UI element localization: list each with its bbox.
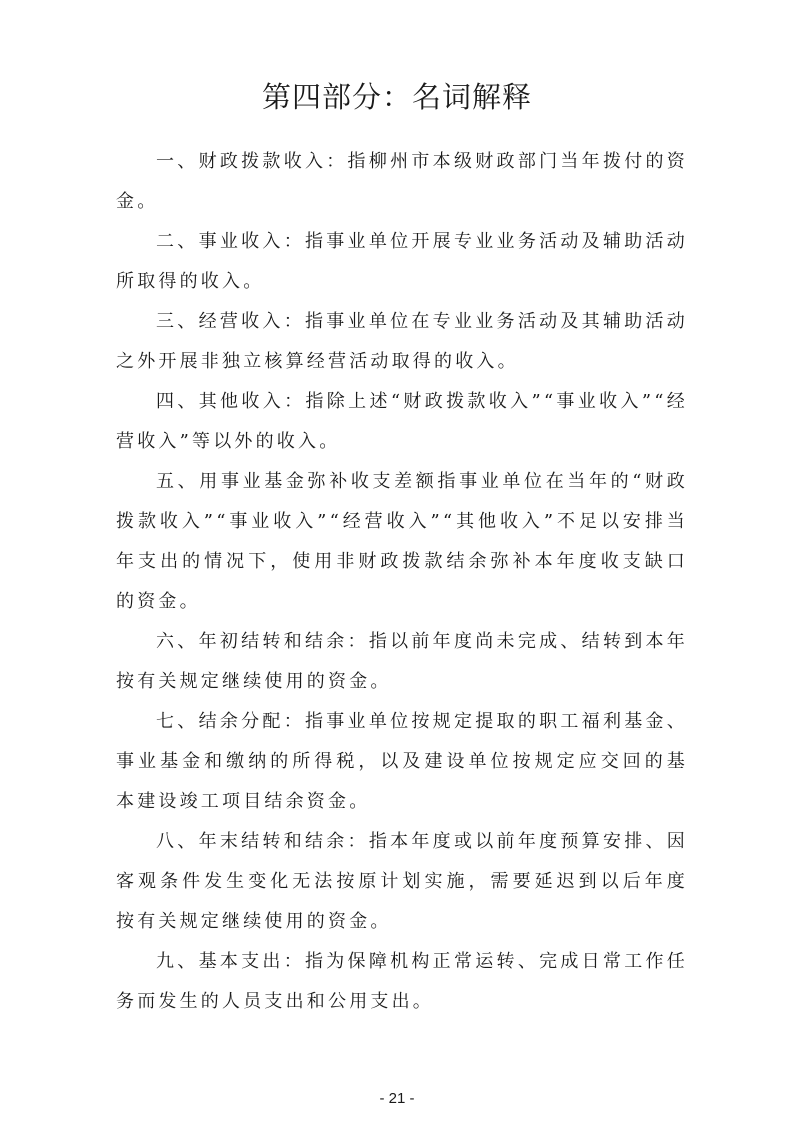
page-title: 第四部分：名词解释 [0,75,794,116]
definition-paragraph-1: 一、财政拨款收入：指柳州市本级财政部门当年拨付的资金。 [116,142,688,222]
definition-paragraph-2: 二、事业收入：指事业单位开展专业业务活动及辅助活动所取得的收入。 [116,222,688,302]
definition-paragraph-9: 九、基本支出：指为保障机构正常运转、完成日常工作任务而发生的人员支出和公用支出。 [116,942,688,1022]
document-body: 一、财政拨款收入：指柳州市本级财政部门当年拨付的资金。 二、事业收入：指事业单位… [116,142,688,1022]
definition-paragraph-8: 八、年末结转和结余：指本年度或以前年度预算安排、因客观条件发生变化无法按原计划实… [116,822,688,942]
definition-paragraph-3: 三、经营收入：指事业单位在专业业务活动及其辅助活动之外开展非独立核算经营活动取得… [116,302,688,382]
definition-paragraph-4: 四、其他收入：指除上述“财政拨款收入”“事业收入”“经营收入”等以外的收入。 [116,382,688,462]
definition-paragraph-7: 七、结余分配：指事业单位按规定提取的职工福利基金、事业基金和缴纳的所得税，以及建… [116,702,688,822]
definition-paragraph-6: 六、年初结转和结余：指以前年度尚未完成、结转到本年按有关规定继续使用的资金。 [116,622,688,702]
definition-paragraph-5: 五、用事业基金弥补收支差额指事业单位在当年的“财政拨款收入”“事业收入”“经营收… [116,462,688,622]
page-number: - 21 - [0,1090,794,1107]
